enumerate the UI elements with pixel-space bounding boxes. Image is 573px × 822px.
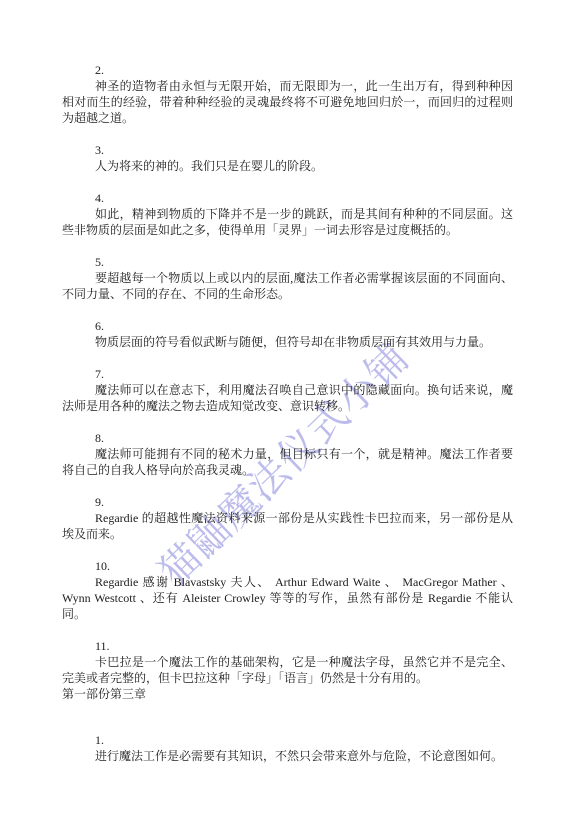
paragraph-number: 2. [62,62,513,78]
paragraph-text: 魔法师可能拥有不同的秘术力量，但目标只有一个，就是精神。魔法工作者要将自己的自我… [62,446,513,478]
paragraph-number: 4. [62,190,513,206]
paragraph-number: 5. [62,254,513,270]
paragraph-10: 10. Regardie 感谢 Blavastsky 夫人、 Arthur Ed… [62,558,513,622]
paragraph-9: 9. Regardie 的超越性魔法资料来源一部份是从实践性卡巴拉而来，另一部份… [62,494,513,542]
paragraph-text: 如此，精神到物质的下降并不是一步的跳跃，而是其间有种种的不同层面。这些非物质的层… [62,206,513,238]
paragraph-1: 1. 进行魔法工作是必需要有其知识，不然只会带来意外与危险，不论意图如何。 [62,732,513,764]
paragraph-text: Regardie 的超越性魔法资料来源一部份是从实践性卡巴拉而来，另一部份是从埃… [62,510,513,542]
paragraph-number: 11. [62,638,513,654]
paragraph-11: 11. 卡巴拉是一个魔法工作的基础架构，它是一种魔法字母，虽然它并不是完全、完美… [62,638,513,686]
page-content: 2. 神圣的造物者由永恒与无限开始，而无限即为一，此一生出万有，得到种种因相对而… [0,0,573,764]
paragraph-text: 卡巴拉是一个魔法工作的基础架构，它是一种魔法字母，虽然它并不是完全、完美或者完整… [62,654,513,686]
paragraph-5: 5. 要超越每一个物质以上或以内的层面,魔法工作者必需掌握该层面的不同面向、不同… [62,254,513,302]
paragraph-text: 要超越每一个物质以上或以内的层面,魔法工作者必需掌握该层面的不同面向、不同力量、… [62,270,513,302]
paragraph-text: 进行魔法工作是必需要有其知识，不然只会带来意外与危险，不论意图如何。 [62,748,513,764]
paragraph-text: 魔法师可以在意志下，利用魔法召唤自己意识中的隐藏面向。换句话来说，魔法师是用各种… [62,382,513,414]
paragraph-number: 1. [62,732,513,748]
paragraph-text: Regardie 感谢 Blavastsky 夫人、 Arthur Edward… [62,574,513,622]
paragraph-number: 6. [62,318,513,334]
chapter-heading: 第一部份第三章 [62,686,513,702]
document-page: 猫鼬魔法仪式小铺 2. 神圣的造物者由永恒与无限开始，而无限即为一，此一生出万有… [0,0,573,822]
paragraph-text: 神圣的造物者由永恒与无限开始，而无限即为一，此一生出万有，得到种种因相对而生的经… [62,78,513,126]
paragraph-3: 3. 人为将来的神的。我们只是在婴儿的阶段。 [62,142,513,174]
paragraph-text: 物质层面的符号看似武断与随便，但符号却在非物质层面有其效用与力量。 [62,334,513,350]
paragraph-text: 人为将来的神的。我们只是在婴儿的阶段。 [62,158,513,174]
paragraph-7: 7. 魔法师可以在意志下，利用魔法召唤自己意识中的隐藏面向。换句话来说，魔法师是… [62,366,513,414]
paragraph-number: 10. [62,558,513,574]
paragraph-2: 2. 神圣的造物者由永恒与无限开始，而无限即为一，此一生出万有，得到种种因相对而… [62,62,513,126]
paragraph-number: 3. [62,142,513,158]
paragraph-number: 7. [62,366,513,382]
paragraph-4: 4. 如此，精神到物质的下降并不是一步的跳跃，而是其间有种种的不同层面。这些非物… [62,190,513,238]
paragraph-number: 8. [62,430,513,446]
paragraph-8: 8. 魔法师可能拥有不同的秘术力量，但目标只有一个，就是精神。魔法工作者要将自己… [62,430,513,478]
paragraph-number: 9. [62,494,513,510]
paragraph-6: 6. 物质层面的符号看似武断与随便，但符号却在非物质层面有其效用与力量。 [62,318,513,350]
